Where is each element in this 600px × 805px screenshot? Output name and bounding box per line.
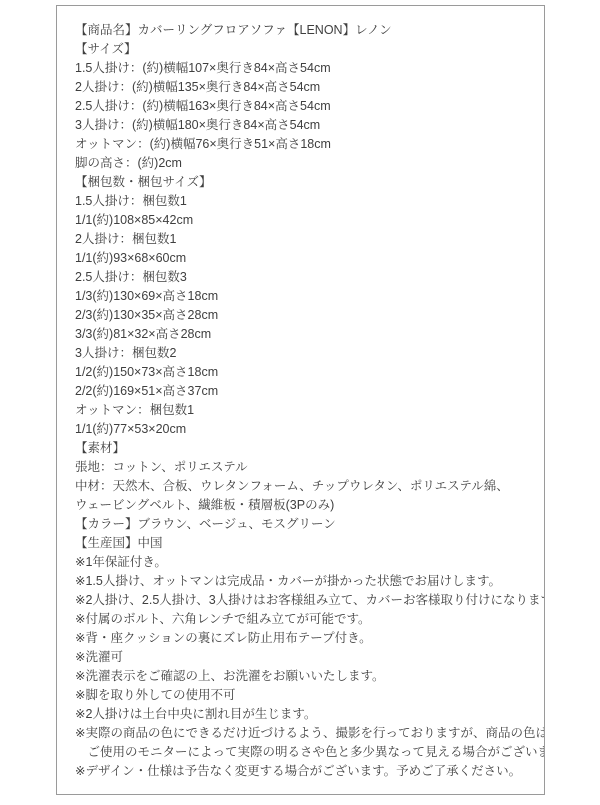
spec-text-line: 2人掛け：梱包数1 — [75, 230, 530, 249]
spec-text-line: 張地：コットン、ポリエステル — [75, 458, 530, 477]
spec-text-line: 3人掛け：(約)横幅180×奥行き84×高さ54cm — [75, 116, 530, 135]
spec-text-line: 2/2(約)169×51×高さ37cm — [75, 382, 530, 401]
spec-text-line: 2.5人掛け：(約)横幅163×奥行き84×高さ54cm — [75, 97, 530, 116]
spec-text-line: 2人掛け：(約)横幅135×奥行き84×高さ54cm — [75, 78, 530, 97]
spec-text-line: ※付属のボルト、六角レンチで組み立てが可能です。 — [75, 610, 530, 629]
spec-text-line: ご使用のモニターによって実際の明るさや色と多少異なって見える場合がございます。 — [75, 743, 530, 762]
spec-text-line: 2/3(約)130×35×高さ28cm — [75, 306, 530, 325]
spec-text-line: 中材：天然木、合板、ウレタンフォーム、チップウレタン、ポリエステル綿、 — [75, 477, 530, 496]
spec-text-line: 【カラー】ブラウン、ベージュ、モスグリーン — [75, 515, 530, 534]
spec-text-line: ※脚を取り外しての使用不可 — [75, 686, 530, 705]
product-spec-panel: 【商品名】カバーリングフロアソファ【LENON】レノン【サイズ】1.5人掛け：(… — [56, 5, 545, 795]
spec-text-line: 【商品名】カバーリングフロアソファ【LENON】レノン — [75, 21, 530, 40]
spec-text-line: ※実際の商品の色にできるだけ近づけるよう、撮影を行っておりますが、商品の色は、 — [75, 724, 530, 743]
spec-text-line: 3/3(約)81×32×高さ28cm — [75, 325, 530, 344]
spec-text-line: ※デザイン・仕様は予告なく変更する場合がございます。予めご了承ください。 — [75, 762, 530, 781]
spec-text-line: 1/1(約)77×53×20cm — [75, 420, 530, 439]
spec-text-line: 1/3(約)130×69×高さ18cm — [75, 287, 530, 306]
spec-text-line: ウェービングベルト、繊維板・積層板(3Pのみ) — [75, 496, 530, 515]
spec-text-line: 1.5人掛け：(約)横幅107×奥行き84×高さ54cm — [75, 59, 530, 78]
spec-text-line: 1/1(約)108×85×42cm — [75, 211, 530, 230]
spec-text-line: ※洗濯表示をご確認の上、お洗濯をお願いいたします。 — [75, 667, 530, 686]
spec-text-line: ※背・座クッションの裏にズレ防止用布テープ付き。 — [75, 629, 530, 648]
spec-text-line: 1/1(約)93×68×60cm — [75, 249, 530, 268]
spec-text-line: 3人掛け：梱包数2 — [75, 344, 530, 363]
spec-text-line: ※洗濯可 — [75, 648, 530, 667]
spec-text-line: 1/2(約)150×73×高さ18cm — [75, 363, 530, 382]
spec-text-line: 【素材】 — [75, 439, 530, 458]
spec-text-line: ※2人掛け、2.5人掛け、3人掛けはお客様組み立て、カバーお客様取り付けになりま… — [75, 591, 530, 610]
spec-text-line: 【サイズ】 — [75, 40, 530, 59]
spec-text-line: 1.5人掛け：梱包数1 — [75, 192, 530, 211]
spec-text-line: オットマン：梱包数1 — [75, 401, 530, 420]
spec-text-line: 脚の高さ：(約)2cm — [75, 154, 530, 173]
spec-text-line: 【梱包数・梱包サイズ】 — [75, 173, 530, 192]
spec-text-line: ※1.5人掛け、オットマンは完成品・カバーが掛かった状態でお届けします。 — [75, 572, 530, 591]
spec-text-line: ※2人掛けは土台中央に割れ目が生じます。 — [75, 705, 530, 724]
product-spec-lines: 【商品名】カバーリングフロアソファ【LENON】レノン【サイズ】1.5人掛け：(… — [75, 21, 530, 781]
spec-text-line: 【生産国】中国 — [75, 534, 530, 553]
spec-text-line: 2.5人掛け：梱包数3 — [75, 268, 530, 287]
spec-text-line: ※1年保証付き。 — [75, 553, 530, 572]
page: { "panel": { "background": "#ffffff", "b… — [0, 0, 600, 805]
spec-text-line: オットマン：(約)横幅76×奥行き51×高さ18cm — [75, 135, 530, 154]
